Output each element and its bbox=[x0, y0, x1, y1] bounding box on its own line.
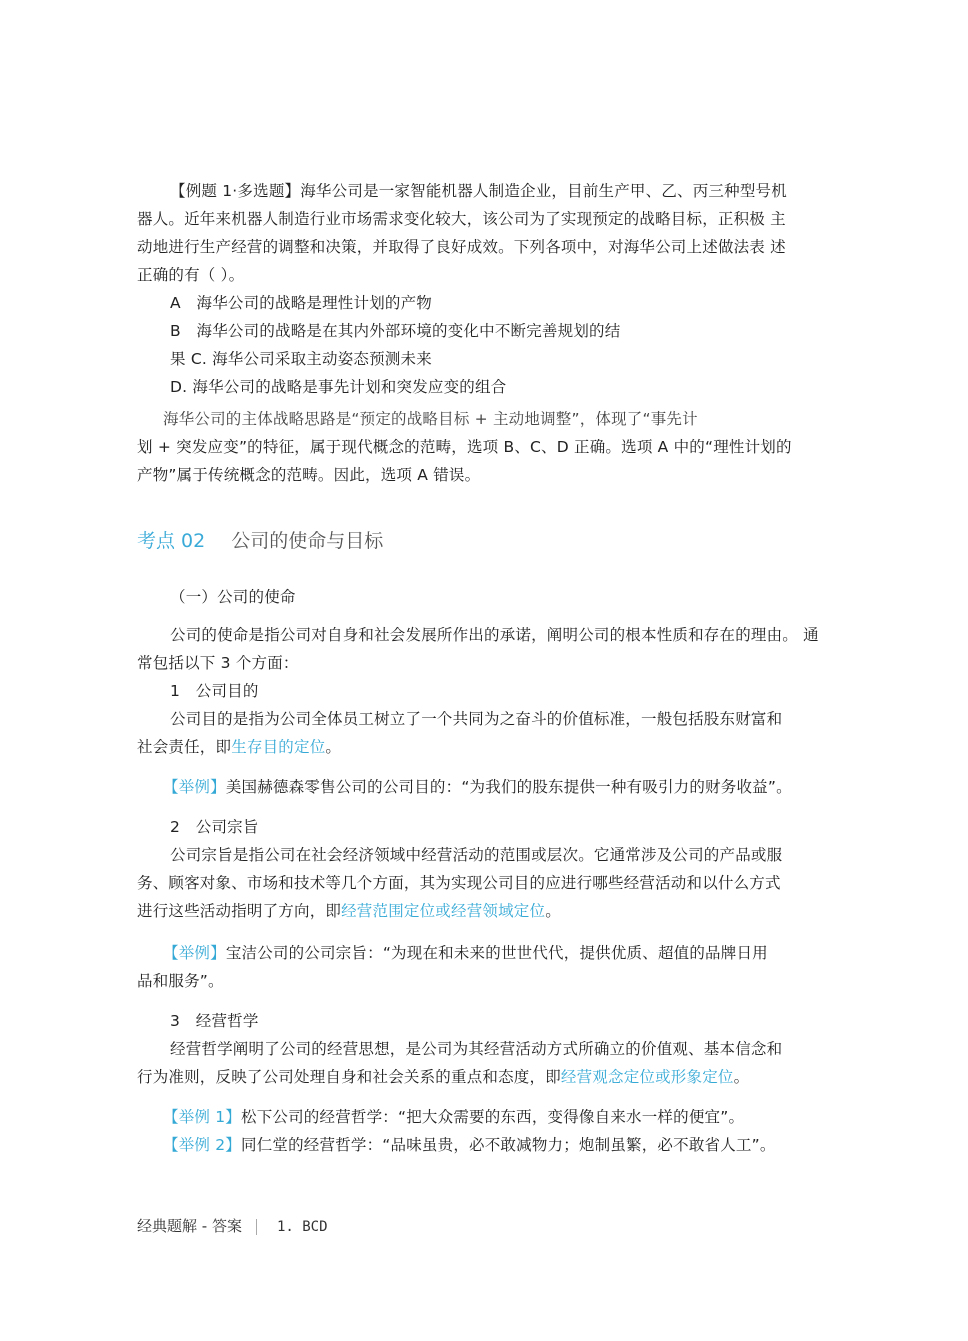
example-text: 松下公司的经营哲学：“把大众需要的东西，变得像自来水一样的便宜”。 bbox=[241, 1108, 744, 1126]
option-d: D. 海华公司的战略是事先计划和突发应变的组合 bbox=[170, 376, 506, 398]
item-3-end: 。 bbox=[734, 1068, 750, 1086]
explanation-line-1: 海华公司的主体战略思路是“预定的战略目标 + 主动地调整”，体现了“事先计 bbox=[163, 408, 698, 430]
example-text: 宝洁公司的公司宗旨：“为现在和未来的世世代代，提供优质、超值的品牌日用 bbox=[226, 944, 768, 962]
item-3-highlight: 经营观念定位或形象定位 bbox=[561, 1068, 734, 1086]
question-line-3: 动地进行生产经营的调整和决策，并取得了良好成效。下列各项中，对海华公司上述做法表… bbox=[137, 236, 786, 258]
item-3-example-1: 【举例 1】松下公司的经营哲学：“把大众需要的东西，变得像自来水一样的便宜”。 bbox=[163, 1106, 744, 1128]
item-3-body-1: 经营哲学阐明了公司的经营思想，是公司为其经营活动方式所确立的价值观、基本信念和 bbox=[170, 1038, 782, 1060]
item-3-body-2: 行为准则，反映了公司处理自身和社会关系的重点和态度，即经营观念定位或形象定位。 bbox=[137, 1066, 749, 1088]
item-1-body-1: 公司目的是指为公司全体员工树立了一个共同为之奋斗的价值标准，一般包括股东财富和 bbox=[170, 708, 782, 730]
item-3-example-2: 【举例 2】同仁堂的经营哲学：“品味虽贵，必不敢减物力；炮制虽繁，必不敢省人工”… bbox=[163, 1134, 776, 1156]
item-2-body-1: 公司宗旨是指公司在社会经济领域中经营活动的范围或层次。它通常涉及公司的产品或服 bbox=[170, 844, 782, 866]
item-2-body-2: 务、顾客对象、市场和技术等几个方面，其为实现公司目的应进行哪些经营活动和以什么方… bbox=[137, 872, 781, 894]
item-2-body-text: 进行这些活动指明了方向，即 bbox=[137, 902, 341, 920]
item-1-heading: 1 公司目的 bbox=[170, 680, 259, 702]
item-1-example: 【举例】美国赫德森零售公司的公司目的：“为我们的股东提供一种有吸引力的财务收益”… bbox=[163, 776, 792, 798]
footer-label: 经典题解 - 答案 bbox=[137, 1217, 242, 1235]
item-1-body-2: 社会责任，即生存目的定位。 bbox=[137, 736, 341, 758]
item-3-body-text: 行为准则，反映了公司处理自身和社会关系的重点和态度，即 bbox=[137, 1068, 561, 1086]
footer-answer: 1. BCD bbox=[277, 1219, 328, 1235]
item-2-example-cont: 品和服务”。 bbox=[137, 970, 224, 992]
intro-line-1: 公司的使命是指公司对自身和社会发展所作出的承诺，阐明公司的根本性质和存在的理由。… bbox=[170, 624, 819, 646]
item-3-heading: 3 经营哲学 bbox=[170, 1010, 259, 1032]
item-2-end: 。 bbox=[545, 902, 561, 920]
document-page: 【例题 1·多选题】海华公司是一家智能机器人制造企业，目前生产甲、乙、丙三种型号… bbox=[0, 0, 968, 1341]
item-1-end: 。 bbox=[325, 738, 341, 756]
option-b: B 海华公司的战略是在其内外部环境的变化中不断完善规划的结 bbox=[170, 320, 620, 342]
item-2-heading: 2 公司宗旨 bbox=[170, 816, 259, 838]
example-tag: 【举例】 bbox=[163, 944, 226, 962]
subsection-title: （一）公司的使命 bbox=[170, 586, 296, 608]
question-line-4: 正确的有（ ）。 bbox=[137, 264, 244, 286]
section-title: 公司的使命与目标 bbox=[231, 530, 383, 552]
option-c: 果 C. 海华公司采取主动姿态预测未来 bbox=[170, 348, 432, 370]
item-1-body-text: 社会责任，即 bbox=[137, 738, 231, 756]
example-tag: 【举例】 bbox=[163, 778, 226, 796]
section-heading: 考点 02公司的使命与目标 bbox=[137, 528, 383, 554]
footer-divider bbox=[256, 1219, 257, 1235]
item-2-example: 【举例】宝洁公司的公司宗旨：“为现在和未来的世世代代，提供优质、超值的品牌日用 bbox=[163, 942, 768, 964]
question-line-2: 器人。近年来机器人制造行业市场需求变化较大，该公司为了实现预定的战略目标，正积极… bbox=[137, 208, 786, 230]
item-2-highlight: 经营范围定位或经营领域定位 bbox=[341, 902, 545, 920]
answer-footer: 经典题解 - 答案1. BCD bbox=[137, 1215, 328, 1238]
item-2-body-3: 进行这些活动指明了方向，即经营范围定位或经营领域定位。 bbox=[137, 900, 561, 922]
item-1-highlight: 生存目的定位 bbox=[231, 738, 325, 756]
explanation-line-2: 划 + 突发应变”的特征，属于现代概念的范畴，选项 B、C、D 正确。选项 A … bbox=[137, 436, 792, 458]
intro-line-2: 常包括以下 3 个方面： bbox=[137, 652, 299, 674]
example-tag: 【举例 2】 bbox=[163, 1136, 241, 1154]
example-text: 美国赫德森零售公司的公司目的：“为我们的股东提供一种有吸引力的财务收益”。 bbox=[226, 778, 792, 796]
section-number: 考点 02 bbox=[137, 530, 205, 552]
example-tag: 【举例 1】 bbox=[163, 1108, 241, 1126]
explanation-line-3: 产物”属于传统概念的范畴。因此，选项 A 错误。 bbox=[137, 464, 480, 486]
question-line-1: 【例题 1·多选题】海华公司是一家智能机器人制造企业，目前生产甲、乙、丙三种型号… bbox=[170, 180, 787, 202]
example-text: 同仁堂的经营哲学：“品味虽贵，必不敢减物力；炮制虽繁，必不敢省人工”。 bbox=[241, 1136, 776, 1154]
option-a: A 海华公司的战略是理性计划的产物 bbox=[170, 292, 432, 314]
